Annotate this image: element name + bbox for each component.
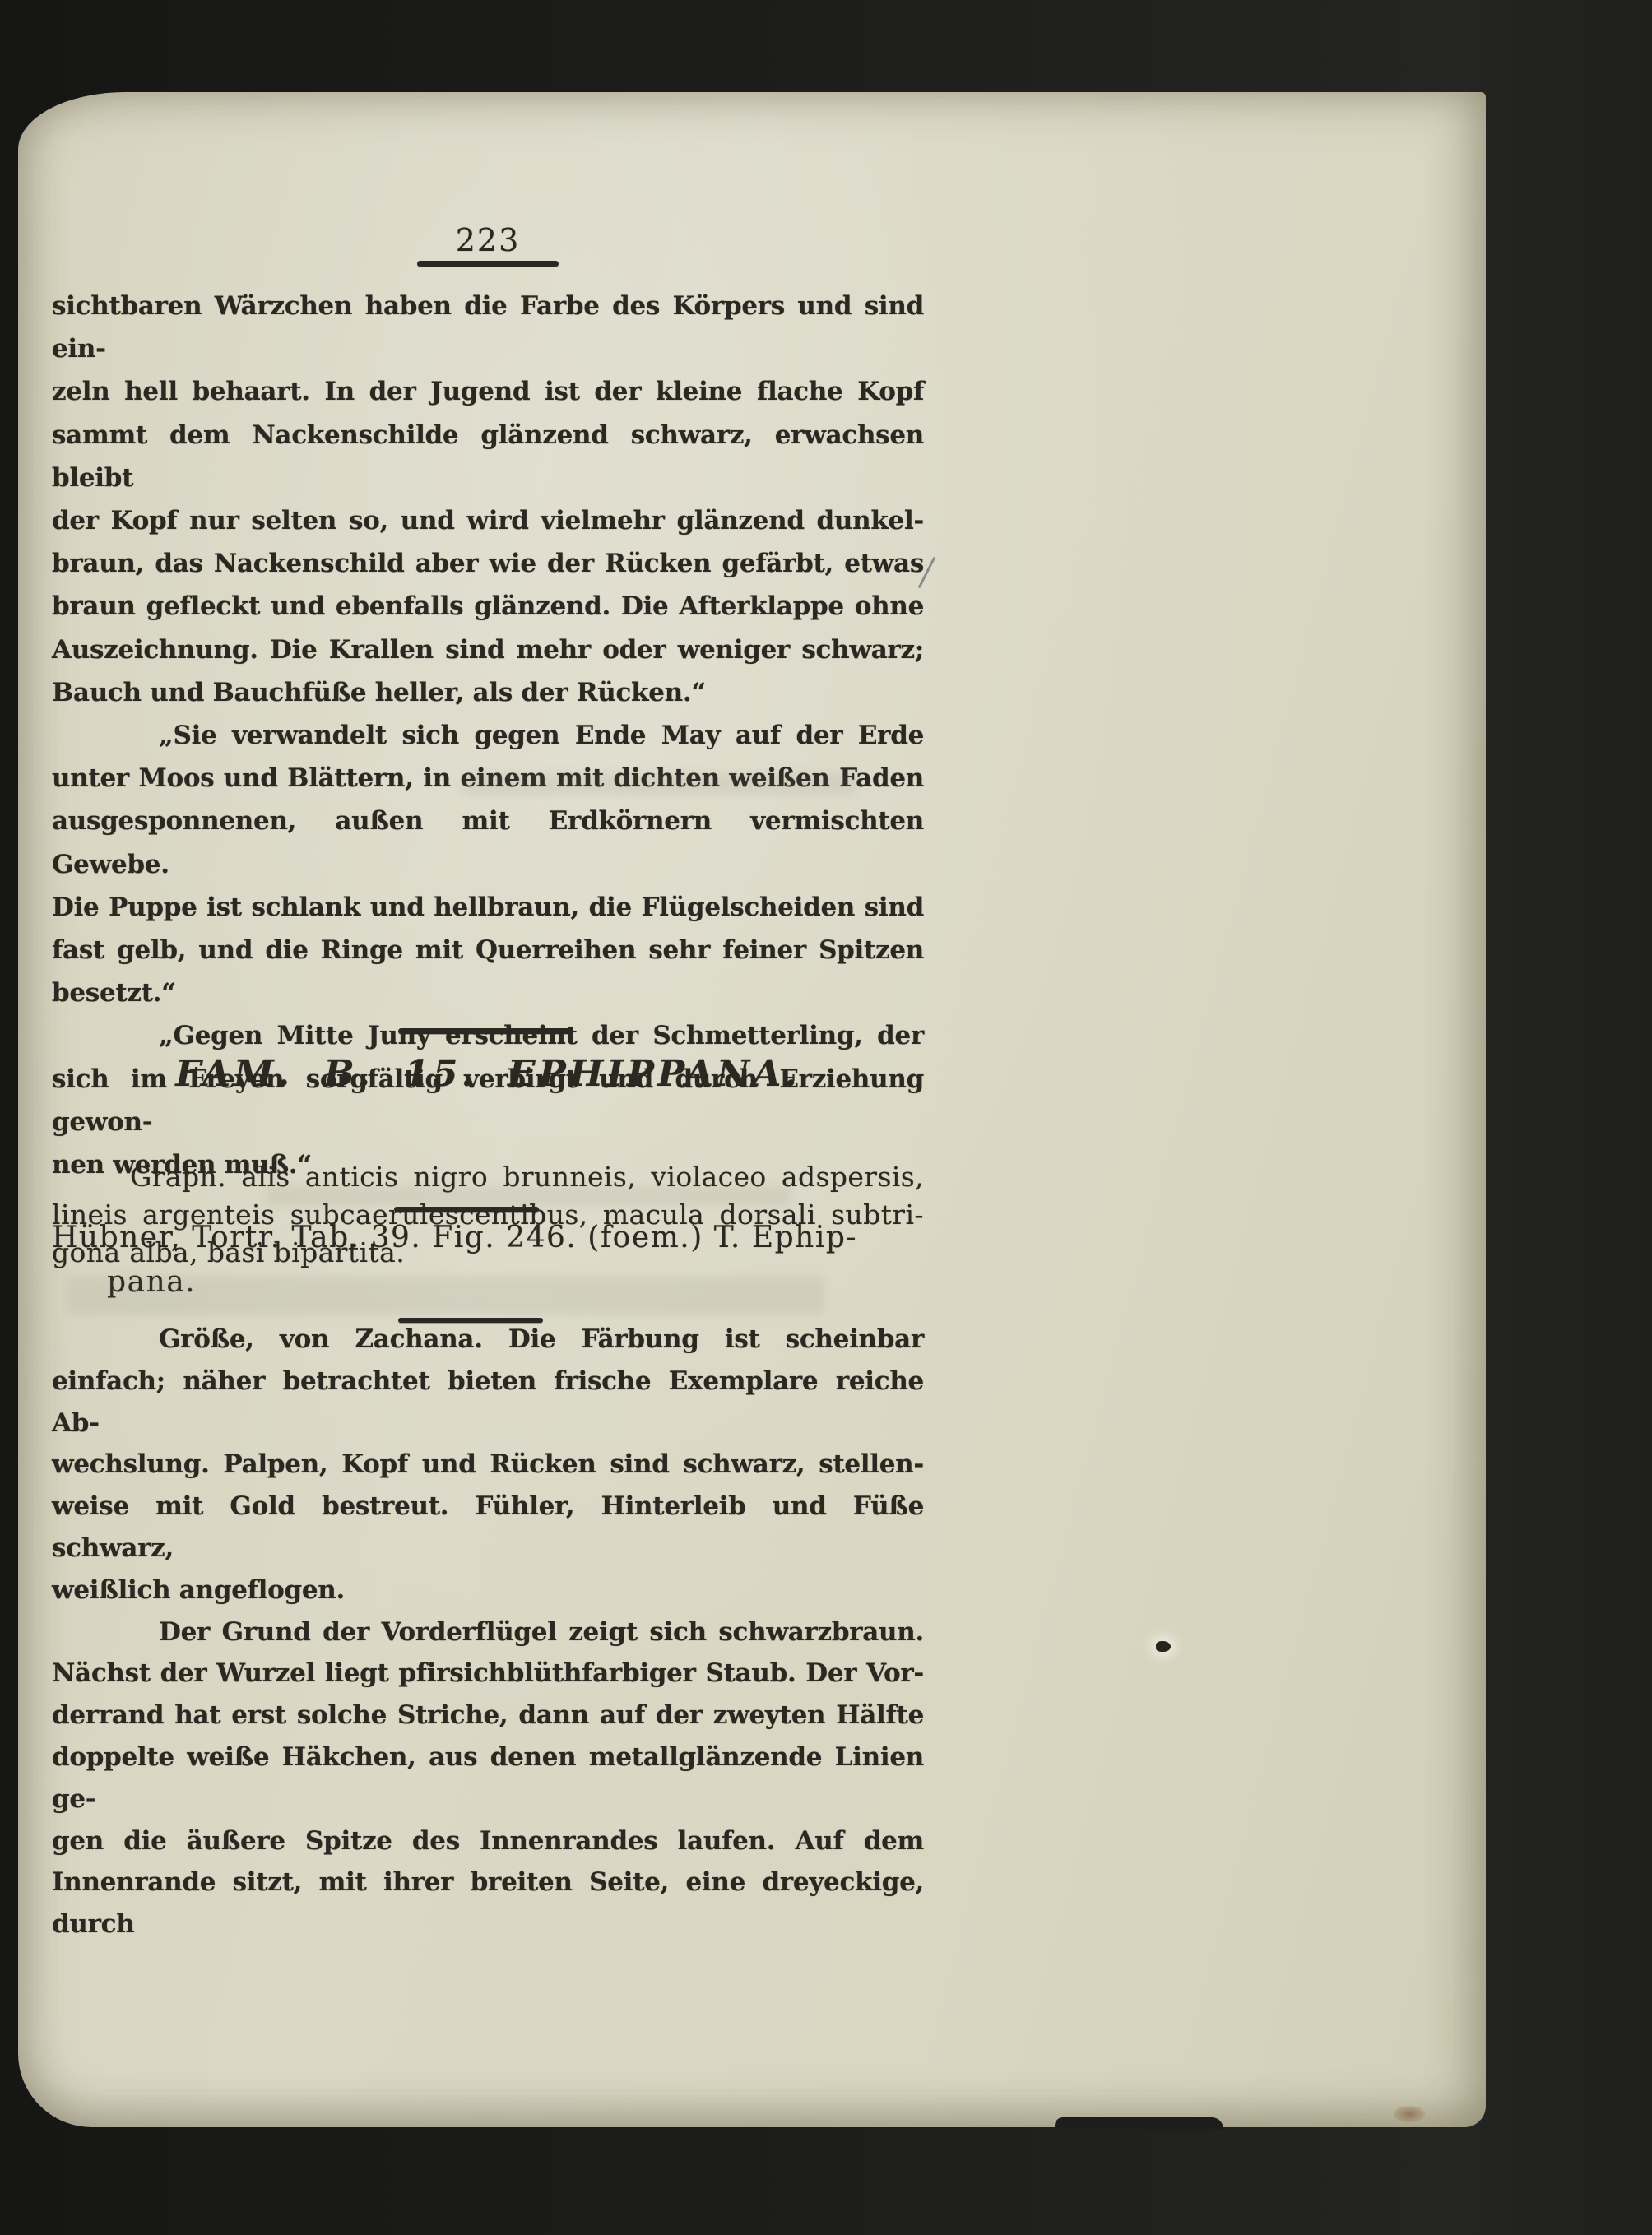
text-line: der Kopf nur selten so, und wird vielmeh… xyxy=(52,499,924,542)
text-line: doppelte weiße Häkchen, aus denen metall… xyxy=(52,1737,924,1820)
section-separator-rule xyxy=(398,1028,571,1034)
family-heading: FAM. B. 15. EPHIPPANA. xyxy=(52,1053,924,1095)
text-line: Größe, von Zachana. Die Färbung ist sche… xyxy=(52,1319,924,1361)
paragraph-caterpillar: sichtbaren Wärzchen haben die Farbe des … xyxy=(52,285,924,714)
text-line: gen die äußere Spitze des Innenrandes la… xyxy=(52,1820,924,1862)
text-line: wechslung. Palpen, Kopf und Rücken sind … xyxy=(52,1444,924,1486)
text-line: Bauch und Bauchfüße heller, als der Rück… xyxy=(52,671,924,714)
ink-speck xyxy=(1156,1641,1171,1652)
paper-stain xyxy=(1394,2106,1425,2122)
scanned-book-photo: { "page_number": "223", "colors": { "pap… xyxy=(0,0,1652,2235)
text-line: Hübner, Tortr. Tab. 39. Fig. 246. (foem.… xyxy=(52,1216,924,1260)
page-number-underline xyxy=(417,261,559,267)
text-line: braun, das Nackenschild aber wie der Rüc… xyxy=(52,542,924,585)
text-line: „Sie verwandelt sich gegen Ende May auf … xyxy=(52,714,924,757)
text-line: einfach; näher betrachtet bieten frische… xyxy=(52,1361,924,1444)
text-line: Auszeichnung. Die Krallen sind mehr oder… xyxy=(52,628,924,671)
text-line: Innenrande sitzt, mit ihrer breiten Seit… xyxy=(52,1862,924,1945)
paragraph-description: Größe, von Zachana. Die Färbung ist sche… xyxy=(52,1319,924,1611)
text-line: fast gelb, und die Ringe mit Querreihen … xyxy=(52,929,924,971)
text-line: Nächst der Wurzel liegt pfirsichblüthfar… xyxy=(52,1653,924,1695)
text-line: Die Puppe ist schlank und hellbraun, die… xyxy=(52,886,924,929)
text-line: Der Grund der Vorderflügel zeigt sich sc… xyxy=(52,1611,924,1653)
text-line: „Gegen Mitte Juny erscheint der Schmette… xyxy=(52,1014,924,1057)
bottom-edge-smudge xyxy=(1055,2117,1223,2129)
showthrough-smudge xyxy=(462,773,857,795)
body-text-lower: Größe, von Zachana. Die Färbung ist sche… xyxy=(52,1319,924,1945)
text-line: derrand hat erst solche Striche, dann au… xyxy=(52,1695,924,1737)
citation-separator-rule xyxy=(394,1207,539,1212)
page-number: 223 xyxy=(52,222,924,258)
text-line: ausgesponnenen, außen mit Erdkörnern ver… xyxy=(52,800,924,885)
text-line: weise mit Gold bestreut. Fühler, Hinterl… xyxy=(52,1486,924,1570)
paragraph-forewing: Der Grund der Vorderflügel zeigt sich sc… xyxy=(52,1611,924,1945)
text-line: sammt dem Nackenschilde glänzend schwarz… xyxy=(52,414,924,499)
page-header: 223 xyxy=(52,222,924,267)
text-line: braun gefleckt und ebenfalls glänzend. D… xyxy=(52,585,924,628)
text-line: weißlich angeflogen. xyxy=(52,1570,924,1611)
paragraph-pupa: „Sie verwandelt sich gegen Ende May auf … xyxy=(52,714,924,1014)
showthrough-smudge xyxy=(265,1186,791,1206)
text-line: besetzt.“ xyxy=(52,971,924,1014)
text-line: sichtbaren Wärzchen haben die Farbe des … xyxy=(52,285,924,370)
book-page: 223 sichtbaren Wärzchen haben die Farbe … xyxy=(18,92,1486,2127)
body-text-upper: sichtbaren Wärzchen haben die Farbe des … xyxy=(52,285,924,1186)
showthrough-smudge xyxy=(67,1277,824,1315)
text-line: zeln hell behaart. In der Jugend ist der… xyxy=(52,370,924,413)
